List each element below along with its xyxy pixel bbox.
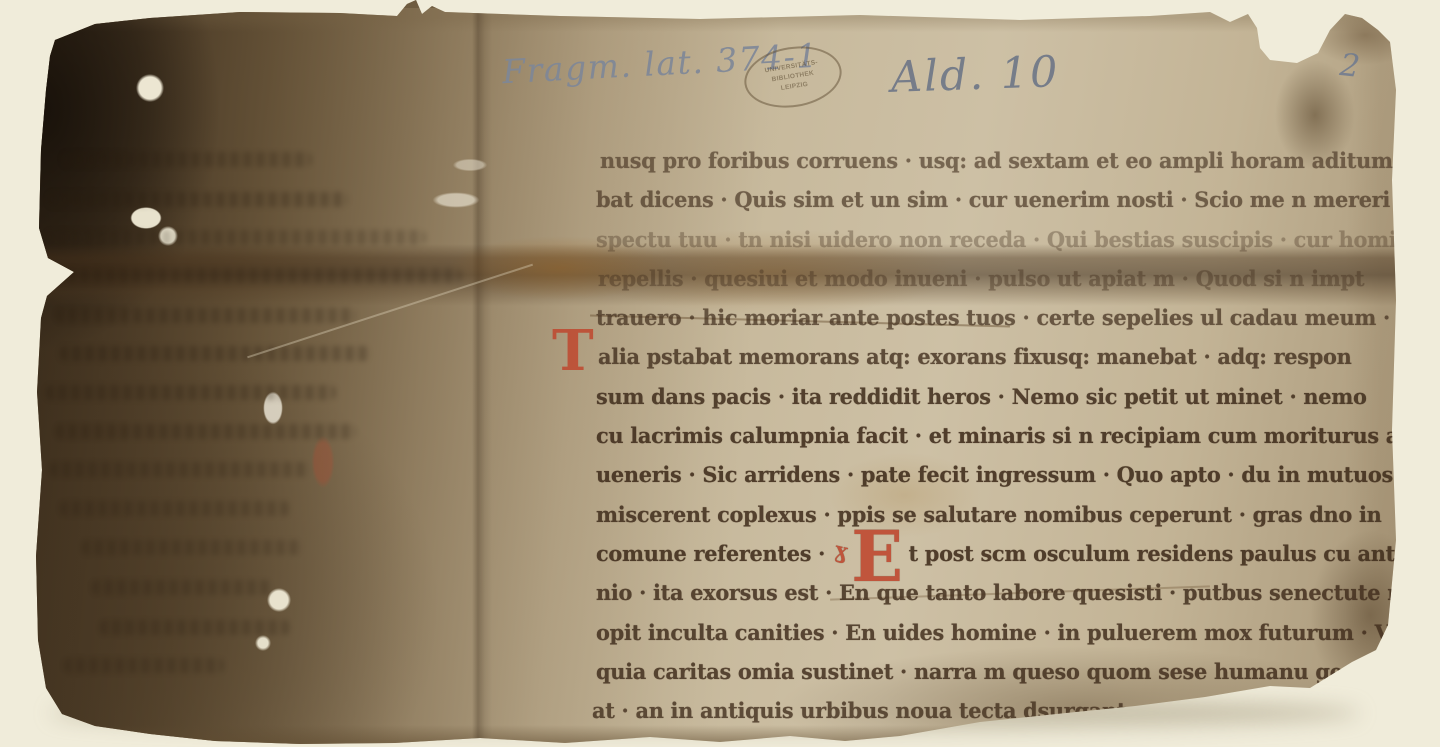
manuscript-line: nusq pro foribus corruens · usq: ad sext… [600,142,1355,181]
parchment-fragment: Fragm. lat. 374-1 UNIVERSITÄTS- BIBLIOTH… [0,0,1440,747]
line-text: repellis · quesiui et modo inueni · puls… [598,267,1364,292]
manuscript-line: spectu tuu · tn nisi uidero non receda ·… [596,221,1355,260]
manuscript-line: cu lacrimis calumpnia facit · et minaris… [596,417,1355,456]
line-text: cu lacrimis calumpnia facit · et minaris… [596,424,1413,449]
manuscript-line: nio · ita exorsus est · En que tanto lab… [596,574,1355,613]
line-text: sum dans pacis · ita reddidit heros · Ne… [596,385,1367,410]
manuscript-line: comune referentes ·ɣEt post scm osculum … [596,535,1355,574]
text-block: nusq pro foribus corruens · usq: ad sext… [596,142,1378,731]
line-text: ueneris · Sic arridens · pate fecit ingr… [596,463,1393,488]
faded-text-line [56,424,356,439]
line-text: alia pstabat memorans atq: exorans fixus… [598,345,1351,370]
faded-text-line [50,462,310,477]
faded-text-line [62,152,312,167]
faded-text-line [60,346,370,361]
faded-text-line [46,230,426,245]
faded-text-line [60,501,290,516]
manuscript-line: trauero · hic moriar ante postes tuos · … [596,299,1355,338]
line-text: trauero · hic moriar ante postes tuos · … [596,306,1390,331]
photo-stage: Fragm. lat. 374-1 UNIVERSITÄTS- BIBLIOTH… [0,0,1440,747]
manuscript-line: opit inculta canities · En uides homine … [596,614,1355,653]
manuscript-line: repellis · quesiui et modo inueni · puls… [598,260,1355,299]
faded-text-line [92,580,272,595]
faded-text-line [64,658,224,673]
line-text: nio · ita exorsus est · En que tanto lab… [596,581,1435,606]
faded-text-line [56,308,356,323]
line-text: quia caritas omia sustinet · narra m que… [596,660,1420,685]
faded-text-line [82,540,302,555]
line-text: comune referentes · [596,542,825,567]
faded-text-line [42,268,462,283]
rubric-paraph: ɣ [831,531,851,572]
manuscript-line: bat dicens · Quis sim et un sim · cur ue… [596,181,1355,220]
faded-text-line [100,620,290,635]
folio-number: 2 [1338,47,1361,85]
faded-text-line [48,192,348,207]
line-text: opit inculta canities · En uides homine … [596,621,1427,646]
line-text: miscerent coplexus · ppis se salutare no… [596,503,1382,528]
line-text: bat dicens · Quis sim et un sim · cur ue… [596,188,1390,213]
rubric-initial-t: T [552,318,594,384]
manuscript-line: alia pstabat memorans atq: exorans fixus… [598,338,1355,377]
faded-text-line [46,385,336,400]
line-text: spectu tuu · tn nisi uidero non receda ·… [596,228,1424,253]
manuscript-line: miscerent coplexus · ppis se salutare no… [596,496,1355,535]
signature-annotation: Ald. 10 [890,47,1060,103]
line-text: nusq pro foribus corruens · usq: ad sext… [600,149,1440,174]
manuscript-line: quia caritas omia sustinet · narra m que… [596,653,1355,692]
manuscript-line: ueneris · Sic arridens · pate fecit ingr… [596,456,1355,495]
line-text: t post scm osculum residens paulus cu an… [908,542,1408,567]
manuscript-line: sum dans pacis · ita reddidit heros · Ne… [596,378,1355,417]
